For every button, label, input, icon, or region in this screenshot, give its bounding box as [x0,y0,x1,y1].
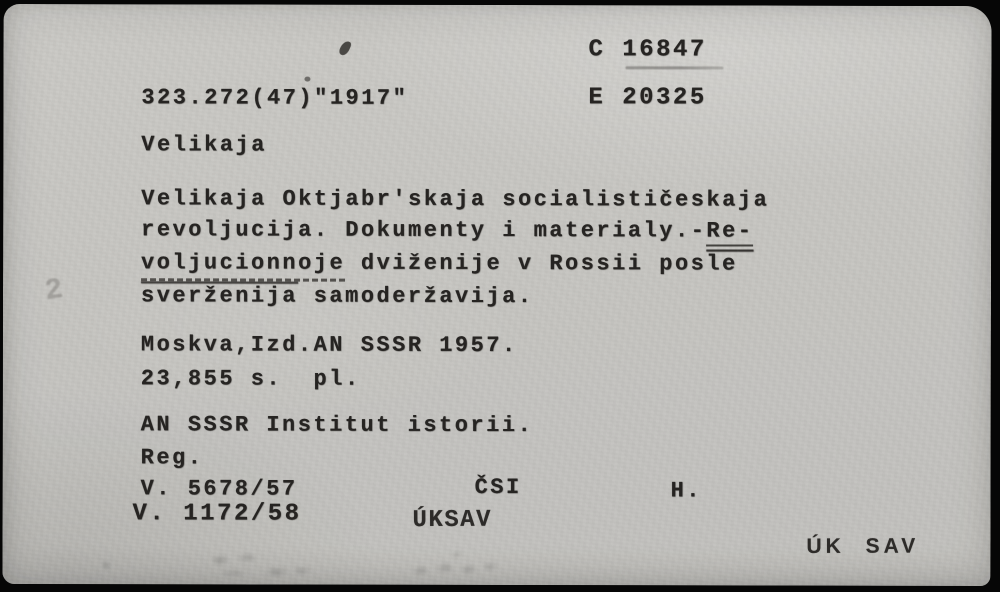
main-entry-heading: Velikaja [141,132,267,158]
title-line-3-last-overlined: le [706,251,737,276]
title-line-4-overlined-word: sverženija [141,283,298,308]
accession-number-2: V. 1172/58 [133,500,302,528]
call-number-secondary: E 20325 [588,84,706,112]
title-line-1: Velikaja Oktjabr'skaja socialističeskaja [141,186,769,213]
title-line-4-rest: samoderžavija. [298,284,534,309]
pencil-mark: 2 [42,273,65,309]
ink-speck [338,39,352,56]
ink-speck [304,77,310,82]
title-line-3-middle: dviženije v Rossii [345,251,659,277]
catalog-card: C 16847 E 20325 323.272(47)"1917" Velika… [2,4,991,586]
imprint-line: Moskva,Izd.AN SSSR 1957. [141,332,518,358]
accession-number-1: V. 5678/57 [141,476,298,502]
title-line-4: sverženija samoderžavija. [141,283,534,309]
title-line-3-trailing-dash [738,252,754,277]
classification-number: 323.272(47)"1917" [141,85,408,111]
title-line-2-underlined: Re- [706,218,753,246]
call-number-primary: C 16847 [588,36,706,64]
letter-code-h: H. [671,478,702,503]
scanned-catalog-card-page: C 16847 E 20325 323.272(47)"1917" Velika… [0,0,1000,592]
title-line-3-underlined-word: voljucionnoje [141,250,345,281]
title-line-3: voljucionnoje dviženije v Rossii posle [141,250,753,277]
uksav-stamp: ÚKSAV [412,507,492,534]
title-line-2-text: revoljucija. Dokumenty i materialy.- [141,217,706,243]
faint-smudge [207,552,312,578]
collation-line: 23,855 s. pl. [141,366,361,392]
faint-smudge [407,550,497,580]
call-number-underline [625,66,723,69]
faint-smudge [97,556,115,574]
reg-label: Reg. [141,445,204,470]
title-line-3-last-pre: pos [659,251,706,276]
title-line-2: revoljucija. Dokumenty i materialy.-Re- [141,217,753,244]
uk-sav-stamp: ÚK SAV [806,535,919,559]
library-code-csi: ČSI [475,475,522,500]
corporate-author-line: AN SSSR Institut istorii. [141,412,534,438]
